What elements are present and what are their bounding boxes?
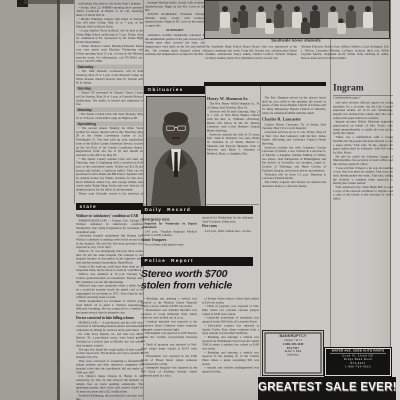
weather-paragraph: through Monday partly cloudy with scatte… xyxy=(145,1,205,13)
police-column-2: at Frazier Street where a lawn chair val… xyxy=(202,297,259,400)
obituary-text: The Rev. Henry Willie Shannon Sr., 74, o… xyxy=(207,102,260,156)
calendar-items: • 'Dance '92' presented by Marge's Dance… xyxy=(76,91,143,106)
ingram-headline: Ingram xyxy=(333,82,393,95)
paragraph: • The Dallas County Auburn Club will mee… xyxy=(76,157,143,192)
paragraph: MOBILE (AP) — A psychiatrist and his wif… xyxy=(76,320,143,332)
paragraph: Fain sentenced City Clerk Hugh Ball to s… xyxy=(333,186,393,201)
paragraph: • Theft of property was reported at Wal-… xyxy=(202,305,259,317)
daily-record-banner-label: Daily Record xyxy=(141,206,253,213)
daily-record-column-1: Emergency runs Reported for Wednesday by… xyxy=(142,216,197,257)
obituary-portrait-photo xyxy=(146,96,206,207)
paragraph: 'I was told that if there's a tie vote i… xyxy=(333,166,393,185)
obituary-column-1: Henry W. Shannon Sr. The Rev. Henry Will… xyxy=(207,96,260,206)
portrait-graphic xyxy=(147,97,205,206)
obituary-text: Charles Robert Lancaster, 76, of Selma, … xyxy=(262,123,326,188)
paragraph: • Harassment was reported at 1087 Reeves… xyxy=(141,332,197,344)
paragraph: The Rev. Henry Willie Shannon Sr., 74, o… xyxy=(207,102,260,110)
paragraph: 'Some of the work-up could have been don… xyxy=(76,264,143,272)
calendar-items: • The 1992 Masonic Conference will be he… xyxy=(76,70,143,85)
photo-caption-left: The Southside High School Honor Board cl… xyxy=(205,45,297,76)
paragraph: • Theft of property was reported at Wal-… xyxy=(141,343,197,355)
paragraph: • Disorderly conduct was reported at Spa… xyxy=(202,324,259,336)
paragraph: at Frazier Street where a lawn chair val… xyxy=(202,297,259,305)
police-items: at Frazier Street where a lawn chair val… xyxy=(202,297,259,374)
calendar-section-monday: Monday • The Selma Civitan Club will mee… xyxy=(76,108,143,121)
ingram-article: said sales election officials agreed on … xyxy=(333,101,393,201)
police-report-banner: Police Report xyxy=(141,257,253,266)
calendar-heading: Upcoming xyxy=(76,121,143,126)
calendar-section-saturday: Saturday • The 1992 Masonic Conference w… xyxy=(76,65,143,86)
photo-caption-title: Southside honor students xyxy=(204,38,388,43)
column-rule xyxy=(260,86,261,376)
police-headline-wrap: Stereo worth $700 stolen from vehicle xyxy=(141,268,263,296)
paragraph: 'There was a malfunction with a voting m… xyxy=(333,136,393,155)
obituary-name-lancaster: Charles R. Lancaster xyxy=(262,117,326,122)
paragraph: He said he called the Alabama League of … xyxy=(333,155,393,167)
paragraph: Ingram attorney Robert Mostrom expressed… xyxy=(333,120,393,135)
paragraph: • Criminal mischief was reported at the … xyxy=(141,320,197,332)
paragraph: Survivors include his wife, Jeannette Go… xyxy=(262,146,326,173)
column-rule xyxy=(74,0,75,204)
ink-smudge xyxy=(24,0,74,4)
paragraph: They were convicted of conspiring to fra… xyxy=(76,359,143,374)
page-edge-shadow xyxy=(57,0,60,400)
group-photo-graphic xyxy=(205,1,389,38)
ingram-jump-column: Ingram Continued from page 1 said sales … xyxy=(333,82,393,345)
auto-parts-ad-phone: 1-800-763-9023 xyxy=(324,365,392,369)
calendar-heading: Sunday xyxy=(76,86,143,91)
paragraph: Wallace was admitted at 10 p.m. Tuesday … xyxy=(76,272,143,284)
paragraph: Graveside services are at 11 a.m. Friday… xyxy=(262,130,326,145)
paragraph: University hospital spokesman Jim Bourge… xyxy=(76,234,143,249)
police-headline-line2: stolen from vehicle xyxy=(141,280,263,292)
continued-from-note: Continued from page 1 xyxy=(333,96,393,100)
paragraph: The family requests that flowers be omit… xyxy=(262,180,326,188)
paragraph: said sales election officials agreed on … xyxy=(333,101,393,120)
doctor-headline: Doctor convicted in fake billing scheme xyxy=(76,316,143,320)
paragraph: • Assault and reckless endangerment was … xyxy=(202,366,259,374)
paragraph: • The second annual 'Making the Older Ye… xyxy=(76,127,143,158)
paragraph: • Phyllis Wheatley Chapter #56 Order of … xyxy=(76,17,143,29)
paragraph: • 'Dance '92' presented by Marge's Dance… xyxy=(76,91,143,106)
scanner-margin xyxy=(0,0,58,400)
doctor-article: MOBILE (AP) — A psychiatrist and his wif… xyxy=(76,320,143,400)
obituary-name-shannon: Henry W. Shannon Sr. xyxy=(207,96,260,101)
daily-record-banner: Daily Record xyxy=(141,206,253,214)
state-banner-label: state xyxy=(76,203,143,210)
paragraph: Wallace, 72, was undergoing tests just t… xyxy=(76,249,143,264)
calendar-section-upcoming: Upcoming • The second annual 'Making the… xyxy=(76,121,143,191)
obituary-column-2: The Rev. Shannon served on the deacon bo… xyxy=(262,96,326,328)
paragraph: • Attempted burglary was reported in the… xyxy=(141,366,197,378)
calendar-items: • Friday, May 22, WHBB's morning show pr… xyxy=(76,6,143,64)
paragraph: • Friday, May 22, WHBB's morning show pr… xyxy=(76,6,143,18)
daily-record-column-2: reported for Wednesday by the Alabama St… xyxy=(202,216,253,257)
auto-parts-ad: WATER AVE. USED AUTO PARTS Good St. Lloy… xyxy=(324,347,392,377)
weather-paragraph: Alabama's weather Wednesday remained in … xyxy=(145,33,205,56)
wallace-article: BIRMINGHAM (AP) — Former Gov. George C. … xyxy=(76,218,143,314)
paragraph: • A play entitled 'Rock in Black' will b… xyxy=(76,29,143,44)
sale-banner-text: GREATEST SALE EVER!!!! xyxy=(258,377,396,394)
community-calendar-column: individuals who plan to vote in the June… xyxy=(76,2,143,195)
paragraph: • Breaking and entering a vehicle was re… xyxy=(141,297,197,309)
record-item: 1:45 p.m., Vaughan Regional Medical Cent… xyxy=(142,230,197,238)
calendar-items: • The Selma Civitan Club will meet Monda… xyxy=(76,113,143,121)
thick-divider-bar xyxy=(204,82,326,86)
paragraph: Survivors include his wife of 53 years, … xyxy=(207,133,260,156)
caption-text: The Southside High School Honor Board cl… xyxy=(205,45,297,60)
bankruptcy-ad: BANKRUPTCY Chapter 7 & 13 1-800-349-3449… xyxy=(262,330,324,376)
police-items: • Breaking and entering a vehicle was re… xyxy=(141,297,197,378)
state-section-banner: state xyxy=(76,203,143,210)
paragraph: Charles Robert Lancaster, 76, of Selma, … xyxy=(262,123,326,131)
paragraph: Visitation will be from 1-2 p.m. Thursda… xyxy=(262,173,326,181)
photo-caption-title-wrap: Southside honor students xyxy=(204,38,388,45)
paragraph: Frederick Helmsing, the psychiatrist's a… xyxy=(76,393,143,400)
paragraph: • Harassment and criminal mischief was r… xyxy=(141,309,197,321)
weather-summary-heading: SUMMARY xyxy=(145,29,205,33)
paragraph: • The 1992 Masonic Conference will be he… xyxy=(76,70,143,85)
police-report-banner-label: Police Report xyxy=(141,257,253,264)
honor-students-photo xyxy=(204,0,390,39)
auto-parts-ad-header: WATER AVE. USED AUTO PARTS xyxy=(330,349,386,354)
calendar-heading: Monday xyxy=(76,108,143,113)
sale-banner-ad: GREATEST SALE EVER!!!! xyxy=(258,377,396,400)
calendar-items: • The second annual 'Making the Older Ye… xyxy=(76,127,143,192)
obituaries-banner: Obituaries xyxy=(144,86,205,94)
record-item: 2:22 p.m., 2002 Clinton Ave., car fire. xyxy=(202,229,253,233)
caption-text: Michael Edwards, Robert Tyre, Jeffrey Ch… xyxy=(301,45,389,60)
paragraph: The jury also found the couple guilty of… xyxy=(76,347,143,359)
calendar-footer: Please send Calendar events to the atten… xyxy=(76,192,143,195)
weather-column: through Monday partly cloudy with scatte… xyxy=(145,1,205,83)
paragraph: • The Selma Civitan Club will meet Monda… xyxy=(76,113,143,121)
calendar-section-sunday: Sunday • 'Dance '92' presented by Marge'… xyxy=(76,86,143,107)
photo-caption-right: Michael Edwards, Robert Tyre, Jeffrey Ch… xyxy=(301,45,389,76)
report-subhead: Reported for Wednesday by Baptist Ambula… xyxy=(142,223,197,230)
paragraph: Wallace's legs were paralyzed when a bul… xyxy=(76,284,143,299)
police-column-1: • Breaking and entering a vehicle was re… xyxy=(141,297,197,400)
police-headline-line1: Stereo worth $700 xyxy=(141,268,263,280)
paragraph: • Unlawful possession of marijuana was r… xyxy=(202,316,259,324)
obituary-text: The Rev. Shannon served on the deacon bo… xyxy=(262,96,326,115)
paragraph: • Harassment was reported in the 2200 bl… xyxy=(141,355,197,367)
record-item: No accidents with injuries were xyxy=(142,243,197,247)
weather-paragraph: SOUTH ALABAMA: Extended through Monday p… xyxy=(145,13,205,28)
paragraph: Services will be held Saturday, May 23 a… xyxy=(207,110,260,133)
paragraph: While hospitalized for treatment of chro… xyxy=(76,299,143,314)
state-news-column: Wallace in 'satisfactory' condition at U… xyxy=(76,211,143,400)
bankruptcy-ad-tag: (Attorney) xyxy=(263,354,323,357)
wallace-headline: Wallace in 'satisfactory' condition at U… xyxy=(76,214,143,218)
paragraph: Dr. John Terry Renick, 52, and Jane Lee … xyxy=(76,332,143,347)
newspaper-page: individuals who plan to vote in the June… xyxy=(0,0,400,400)
obituaries-banner-label: Obituaries xyxy=(144,86,205,93)
paragraph: BIRMINGHAM (AP) — Former Gov. George C. … xyxy=(76,218,143,233)
record-item: reported for Wednesday by the Alabama St… xyxy=(202,216,253,224)
paragraph: • Breaking and entering a vehicle was re… xyxy=(202,351,259,366)
paragraph: U.S. District Judge Charles R. Butler Jr… xyxy=(76,374,143,393)
paragraph: • Selma Medical Center Berkeley/Phoenix … xyxy=(76,44,143,63)
calendar-heading: Saturday xyxy=(76,65,143,70)
paragraph: • Breaking and entering a vehicle was re… xyxy=(202,335,259,350)
